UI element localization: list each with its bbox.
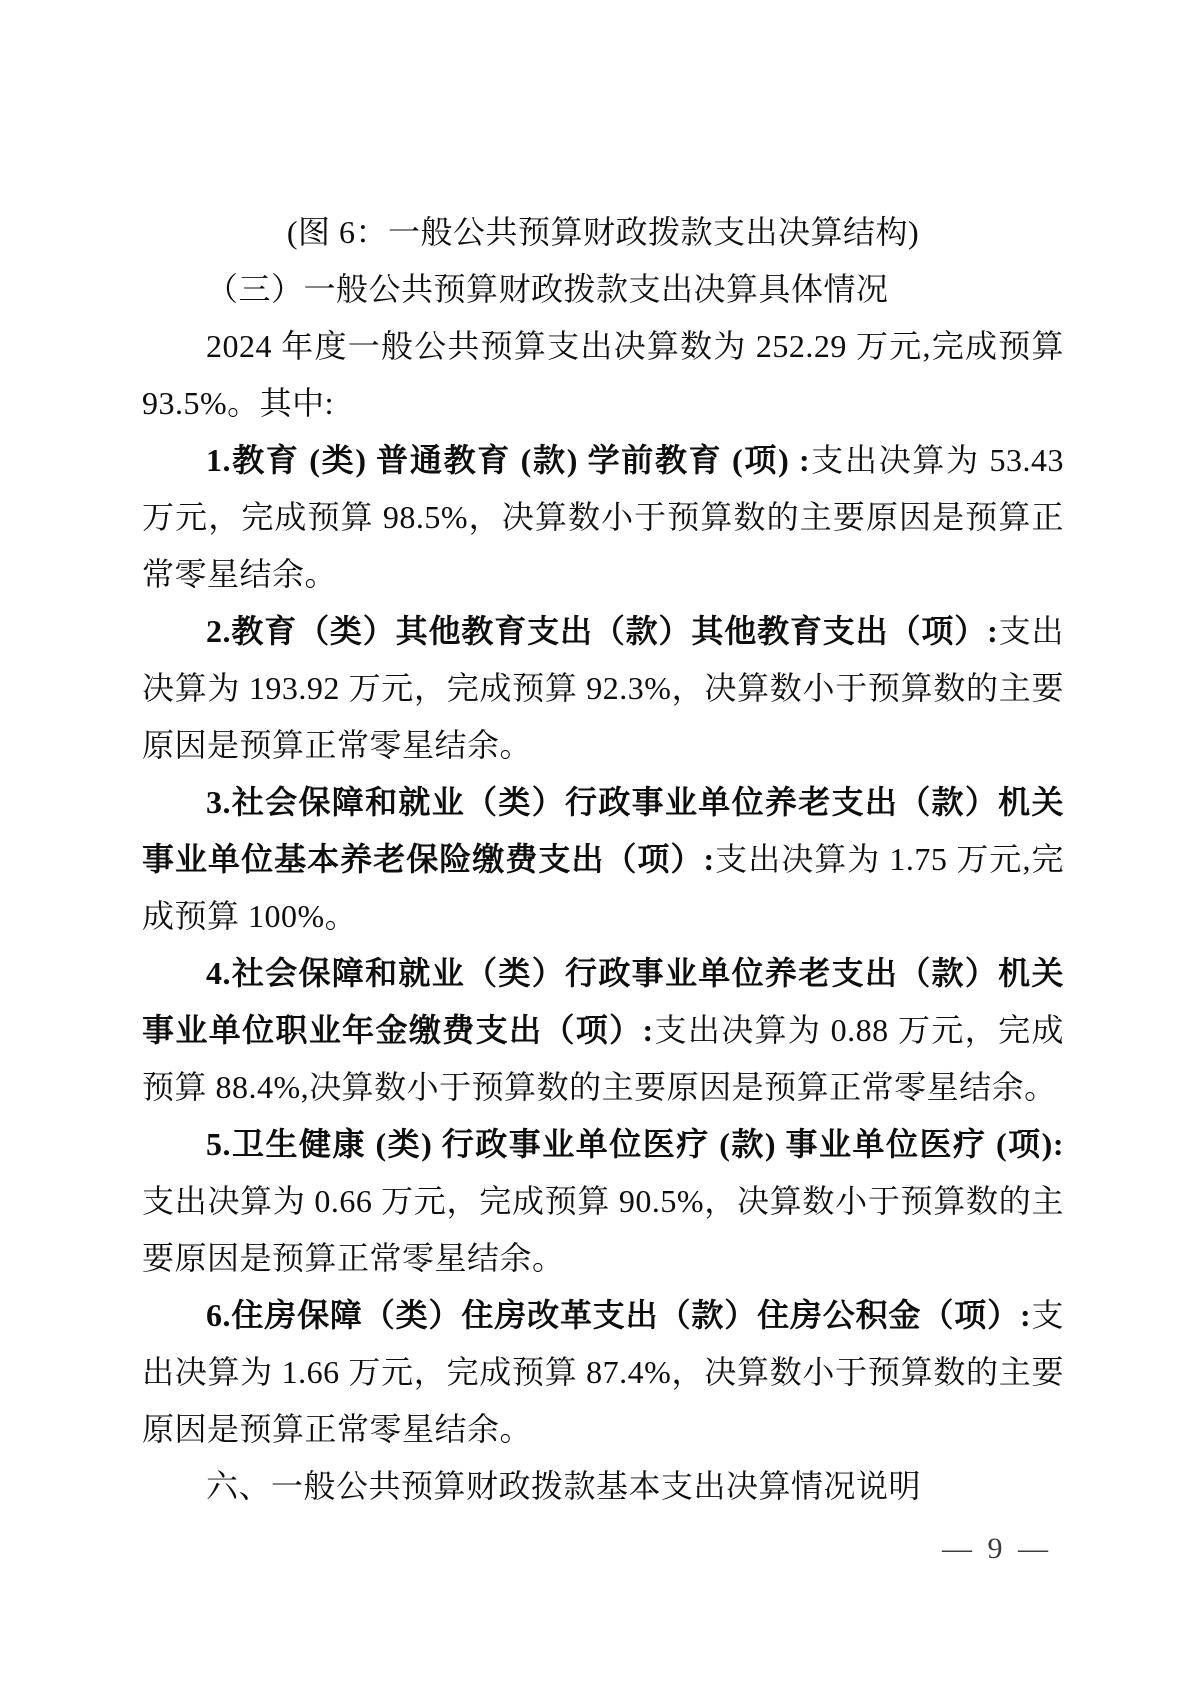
paragraph-1: (图 6：一般公共预算财政拨款支出决算结构) bbox=[142, 204, 1064, 261]
text-run-bold: 2.教育（类）其他教育支出（款）其他教育支出（项）: bbox=[206, 613, 998, 649]
paragraph-6: 3.社会保障和就业（类）行政事业单位养老支出（款）机关事业单位基本养老保险缴费支… bbox=[142, 774, 1064, 945]
paragraph-2: （三）一般公共预算财政拨款支出决算具体情况 bbox=[142, 261, 1064, 318]
text-run: （三）一般公共预算财政拨款支出决算具体情况 bbox=[206, 271, 889, 307]
text-run: (图 6：一般公共预算财政拨款支出决算结构) bbox=[287, 214, 919, 250]
text-run-bold: 1.教育 (类) 普通教育 (款) 学前教育 (项) : bbox=[206, 442, 810, 478]
text-run-bold: 6.住房保障（类）住房改革支出（款）住房公积金（项）: bbox=[206, 1297, 1031, 1333]
text-run: 六、一般公共预算财政拨款基本支出决算情况说明 bbox=[206, 1468, 921, 1504]
paragraph-8: 5.卫生健康 (类) 行政事业单位医疗 (款) 事业单位医疗 (项):支出决算为… bbox=[142, 1116, 1064, 1287]
document-body: (图 6：一般公共预算财政拨款支出决算结构)（三）一般公共预算财政拨款支出决算具… bbox=[142, 204, 1064, 1515]
paragraph-9: 6.住房保障（类）住房改革支出（款）住房公积金（项）:支出决算为 1.66 万元… bbox=[142, 1287, 1064, 1458]
page-footer: — 9 — bbox=[0, 1532, 1200, 1572]
text-run-bold: 5.卫生健康 (类) 行政事业单位医疗 (款) 事业单位医疗 (项): bbox=[206, 1126, 1064, 1162]
page-number: — 9 — bbox=[942, 1532, 1052, 1566]
text-run: 2024 年度一般公共预算支出决算数为 252.29 万元,完成预算 93.5%… bbox=[142, 328, 1064, 421]
paragraph-4: 1.教育 (类) 普通教育 (款) 学前教育 (项) :支出决算为 53.43 … bbox=[142, 432, 1064, 603]
paragraph-10: 六、一般公共预算财政拨款基本支出决算情况说明 bbox=[142, 1458, 1064, 1515]
paragraph-7: 4.社会保障和就业（类）行政事业单位养老支出（款）机关事业单位职业年金缴费支出（… bbox=[142, 945, 1064, 1116]
page: (图 6：一般公共预算财政拨款支出决算结构)（三）一般公共预算财政拨款支出决算具… bbox=[0, 0, 1200, 1696]
paragraph-3: 2024 年度一般公共预算支出决算数为 252.29 万元,完成预算 93.5%… bbox=[142, 318, 1064, 432]
paragraph-5: 2.教育（类）其他教育支出（款）其他教育支出（项）:支出决算为 193.92 万… bbox=[142, 603, 1064, 774]
text-run: 支出决算为 0.66 万元，完成预算 90.5%，决算数小于预算数的主要原因是预… bbox=[142, 1183, 1064, 1276]
